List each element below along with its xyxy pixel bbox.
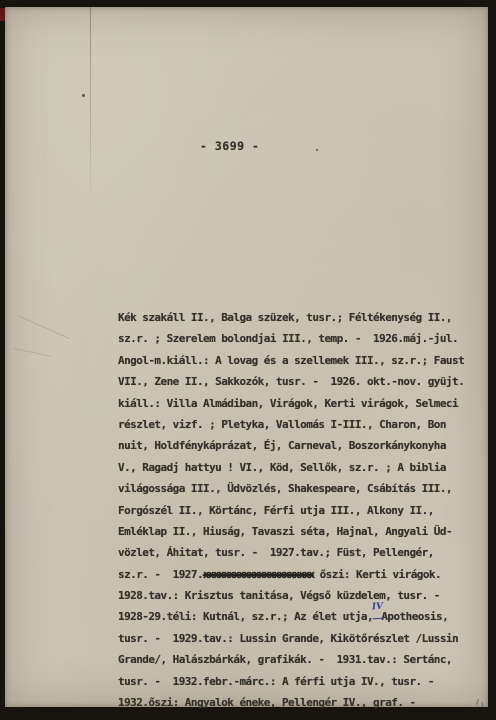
typescript-line: Forgószél II., Körtánc, Férfi utja III.,…	[118, 500, 470, 521]
typescript-line: tusr. - 1932.febr.-márc.: A férfi utja I…	[118, 671, 470, 692]
handwritten-annotation: IV	[371, 597, 384, 620]
typescript-line: sz.r. - 1927.xxxxxxxxxxxxxxxxxxxxxx őszi…	[118, 564, 470, 585]
typescript-line: Grande/, Halászbárkák, grafikák. - 1931.…	[118, 649, 470, 670]
page-number: - 3699 -	[200, 139, 259, 153]
typescript-line: Emléklap II., Hiuság, Tavaszi séta, Hajn…	[118, 521, 470, 542]
typescript-line: részlet, vizf. ; Pletyka, Vallomás I-III…	[118, 414, 470, 435]
pen-tick-mark	[482, 702, 484, 708]
typescript-line: sz.r. ; Szerelem bolondjai III., temp. -…	[118, 328, 470, 349]
typescript-line: 1928-29.téli: Kutnál, sz.r.; Az élet utj…	[118, 606, 470, 627]
typescript-line: V., Ragadj hattyu ! VI., Köd, Sellők, sz…	[118, 457, 470, 478]
typescript-line: 1932.őszi: Angyalok éneke, Pellengér IV.…	[118, 692, 470, 713]
typescript-lines: Kék szakáll II., Balga szüzek, tusr.; Fé…	[118, 307, 470, 713]
typescript-line: 1928.tav.: Krisztus tanitása, Végső küzd…	[118, 585, 470, 606]
paper-scuff	[13, 348, 52, 357]
typescript-line: Kék szakáll II., Balga szüzek, tusr.; Fé…	[118, 307, 470, 328]
line-segment: őszi: Kerti virágok.	[314, 568, 442, 581]
red-edge-mark	[0, 8, 5, 21]
typescript-line: világossága III., Üdvözlés, Shakespeare,…	[118, 478, 470, 499]
line-segment: 1928-29.téli: Kutnál, sz.r.; Az élet utj…	[118, 610, 373, 623]
line-segment: Apotheosis,	[375, 610, 448, 623]
line-segment: sz.r. - 1927.	[118, 568, 203, 581]
typescript-line: vözlet, Áhitat, tusr. - 1927.tav.; Füst,…	[118, 542, 470, 563]
typescript-line: tusr. - 1929.tav.: Lussin Grande, Kikötő…	[118, 628, 470, 649]
scan-background: { "document": { "page_number": "- 3699 -…	[0, 0, 496, 720]
ink-speck	[82, 94, 85, 97]
typescript-line: nuit, Holdfénykáprázat, Éj, Carneval, Bo…	[118, 435, 470, 456]
pen-tick-mark	[476, 699, 479, 705]
scanned-page: - 3699 - Kék szakáll II., Balga szüzek, …	[5, 7, 488, 707]
typescript-line: Angol-m.kiáll.: A lovag és a szellemek I…	[118, 350, 470, 371]
paper-scuff	[19, 316, 70, 339]
ink-speck	[316, 149, 318, 151]
struck-text: xxxxxxxxxxxxxxxxxxxxxx	[203, 568, 314, 581]
paper-crease	[90, 7, 91, 192]
typescript-line: kiáll.: Villa Almádiban, Virágok, Kerti …	[118, 393, 470, 414]
typescript-line: VII., Zene II., Sakkozók, tusr. - 1926. …	[118, 371, 470, 392]
